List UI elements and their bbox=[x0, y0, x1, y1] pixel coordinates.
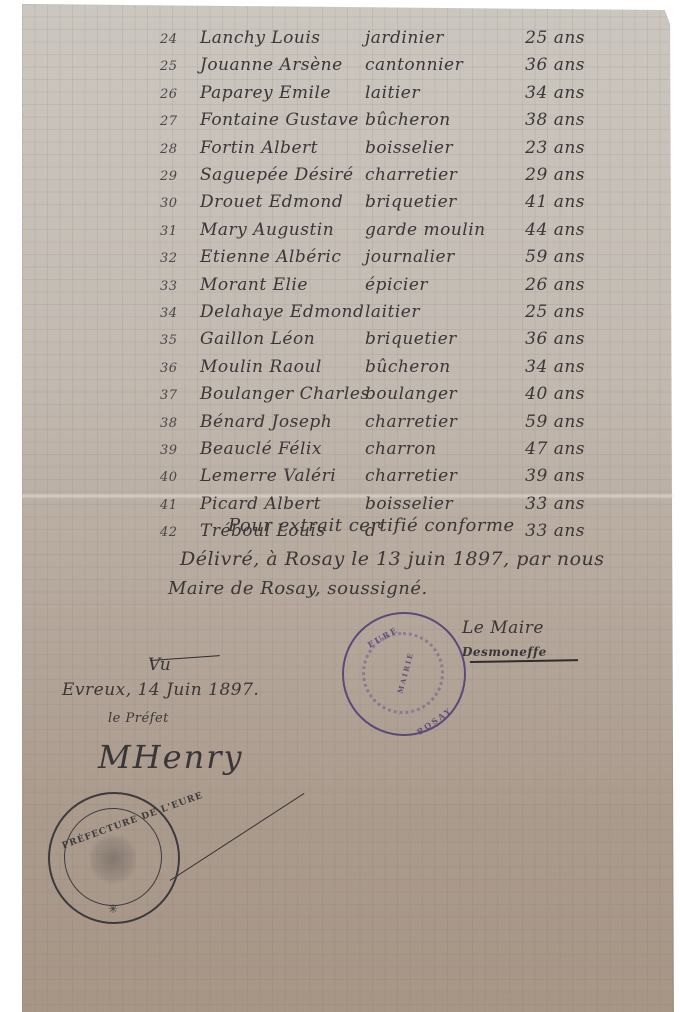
register-entry: 30Drouet Edmondbriquetier41 ans bbox=[160, 192, 585, 220]
entry-occupation: briquetier bbox=[365, 192, 505, 212]
entry-occupation: bûcheron bbox=[365, 110, 505, 130]
entry-name: Bénard Joseph bbox=[200, 412, 365, 432]
entry-name: Picard Albert bbox=[200, 494, 365, 514]
entry-number: 24 bbox=[160, 32, 200, 47]
entry-age: 39 ans bbox=[505, 466, 585, 486]
register-entry: 33Morant Elieépicier26 ans bbox=[160, 275, 585, 303]
entry-occupation: charretier bbox=[365, 466, 505, 486]
entry-occupation: jardinier bbox=[365, 28, 505, 48]
entry-age: 25 ans bbox=[505, 28, 585, 48]
entry-number: 27 bbox=[160, 114, 200, 129]
entry-name: Saguepée Désiré bbox=[200, 165, 365, 185]
prefect-signature: MHenry bbox=[98, 738, 244, 776]
entry-name: Mary Augustin bbox=[200, 220, 365, 240]
entry-name: Delahaye Edmond bbox=[200, 302, 365, 322]
mayor-signature: Desmoneffe bbox=[462, 645, 547, 659]
entry-name: Fortin Albert bbox=[200, 138, 365, 158]
register-entry: 40Lemerre Valéricharretier39 ans bbox=[160, 466, 585, 494]
entry-number: 39 bbox=[160, 443, 200, 458]
register-entry: 28Fortin Albertboisselier23 ans bbox=[160, 138, 585, 166]
entry-age: 26 ans bbox=[505, 275, 585, 295]
entry-number: 40 bbox=[160, 470, 200, 485]
liberty-figure-emblem bbox=[90, 834, 136, 884]
register-entry: 31Mary Augustingarde moulin44 ans bbox=[160, 220, 585, 248]
register-entry: 24Lanchy Louisjardinier25 ans bbox=[160, 28, 585, 56]
entry-age: 59 ans bbox=[505, 412, 585, 432]
entry-name: Boulanger Charles bbox=[200, 384, 365, 404]
entry-age: 38 ans bbox=[505, 110, 585, 130]
entry-name: Lemerre Valéri bbox=[200, 466, 365, 486]
entry-age: 33 ans bbox=[505, 494, 585, 514]
prefecture-stamp: PRÉFECTURE DE L'EURE ✳ bbox=[48, 792, 180, 924]
register-entry: 27Fontaine Gustavebûcheron38 ans bbox=[160, 110, 585, 138]
entry-name: Paparey Emile bbox=[200, 83, 365, 103]
entry-number: 33 bbox=[160, 279, 200, 294]
register-entry: 36Moulin Raoulbûcheron34 ans bbox=[160, 357, 585, 385]
entry-occupation: boulanger bbox=[365, 384, 505, 404]
entry-occupation: boisselier bbox=[365, 494, 505, 514]
entry-number: 29 bbox=[160, 169, 200, 184]
mayor-title: Le Maire bbox=[462, 618, 544, 638]
register-entry: 29Saguepée Désirécharretier29 ans bbox=[160, 165, 585, 193]
entry-number: 34 bbox=[160, 306, 200, 321]
entry-occupation: charron bbox=[365, 439, 505, 459]
entry-name: Beauclé Félix bbox=[200, 439, 365, 459]
entry-occupation: charretier bbox=[365, 165, 505, 185]
entry-age: 59 ans bbox=[505, 247, 585, 267]
visa-place-date: Evreux, 14 Juin 1897. bbox=[62, 680, 259, 700]
entry-name: Moulin Raoul bbox=[200, 357, 365, 377]
entry-number: 36 bbox=[160, 361, 200, 376]
entry-number: 26 bbox=[160, 87, 200, 102]
entry-number: 31 bbox=[160, 224, 200, 239]
entry-age: 44 ans bbox=[505, 220, 585, 240]
entry-occupation: charretier bbox=[365, 412, 505, 432]
star-ornament-icon: ✳ bbox=[108, 902, 118, 916]
register-entry: 25Jouanne Arsènecantonnier36 ans bbox=[160, 55, 585, 83]
entry-occupation: laitier bbox=[365, 83, 505, 103]
register-entry: 32Etienne Albéricjournalier59 ans bbox=[160, 247, 585, 275]
register-entry: 39Beauclé Félixcharron47 ans bbox=[160, 439, 585, 467]
entry-age: 36 ans bbox=[505, 55, 585, 75]
entry-occupation: garde moulin bbox=[365, 220, 505, 240]
entry-name: Drouet Edmond bbox=[200, 192, 365, 212]
entry-number: 41 bbox=[160, 498, 200, 513]
entry-name: Fontaine Gustave bbox=[200, 110, 365, 130]
entry-occupation: boisselier bbox=[365, 138, 505, 158]
entry-number: 42 bbox=[160, 525, 200, 540]
entry-number: 30 bbox=[160, 196, 200, 211]
entry-name: Jouanne Arsène bbox=[200, 55, 365, 75]
entry-name: Morant Elie bbox=[200, 275, 365, 295]
entry-age: 34 ans bbox=[505, 357, 585, 377]
certification-line-1: Pour extrait certifié conforme bbox=[228, 515, 515, 536]
entry-age: 47 ans bbox=[505, 439, 585, 459]
entry-occupation: briquetier bbox=[365, 329, 505, 349]
visa-prefect-title: le Préfet bbox=[108, 711, 169, 726]
entry-occupation: journalier bbox=[365, 247, 505, 267]
entry-number: 38 bbox=[160, 416, 200, 431]
register-entry: 26Paparey Emilelaitier34 ans bbox=[160, 83, 585, 111]
entry-occupation: laitier bbox=[365, 302, 505, 322]
entry-occupation: cantonnier bbox=[365, 55, 505, 75]
mayor-stamp: EURE MAIRIE ROSAY bbox=[342, 612, 466, 736]
entry-name: Lanchy Louis bbox=[200, 28, 365, 48]
entry-name: Etienne Albéric bbox=[200, 247, 365, 267]
entry-number: 32 bbox=[160, 251, 200, 266]
register-entry: 35Gaillon Léonbriquetier36 ans bbox=[160, 329, 585, 357]
register-entry: 34Delahaye Edmondlaitier25 ans bbox=[160, 302, 585, 330]
entry-age: 34 ans bbox=[505, 83, 585, 103]
entry-number: 28 bbox=[160, 142, 200, 157]
entry-occupation: épicier bbox=[365, 275, 505, 295]
entry-age: 40 ans bbox=[505, 384, 585, 404]
entry-age: 25 ans bbox=[505, 302, 585, 322]
entry-age: 29 ans bbox=[505, 165, 585, 185]
entry-age: 41 ans bbox=[505, 192, 585, 212]
entry-name: Gaillon Léon bbox=[200, 329, 365, 349]
certification-line-2: Délivré, à Rosay le 13 juin 1897, par no… bbox=[180, 548, 605, 570]
entry-occupation: bûcheron bbox=[365, 357, 505, 377]
certification-line-3: Maire de Rosay, soussigné. bbox=[168, 578, 428, 599]
entry-age: 36 ans bbox=[505, 329, 585, 349]
entry-age: 33 ans bbox=[505, 521, 585, 541]
entry-number: 35 bbox=[160, 333, 200, 348]
register-entry: 37Boulanger Charlesboulanger40 ans bbox=[160, 384, 585, 412]
entry-number: 37 bbox=[160, 388, 200, 403]
entry-number: 25 bbox=[160, 59, 200, 74]
entry-age: 23 ans bbox=[505, 138, 585, 158]
register-entry: 38Bénard Josephcharretier59 ans bbox=[160, 412, 585, 440]
